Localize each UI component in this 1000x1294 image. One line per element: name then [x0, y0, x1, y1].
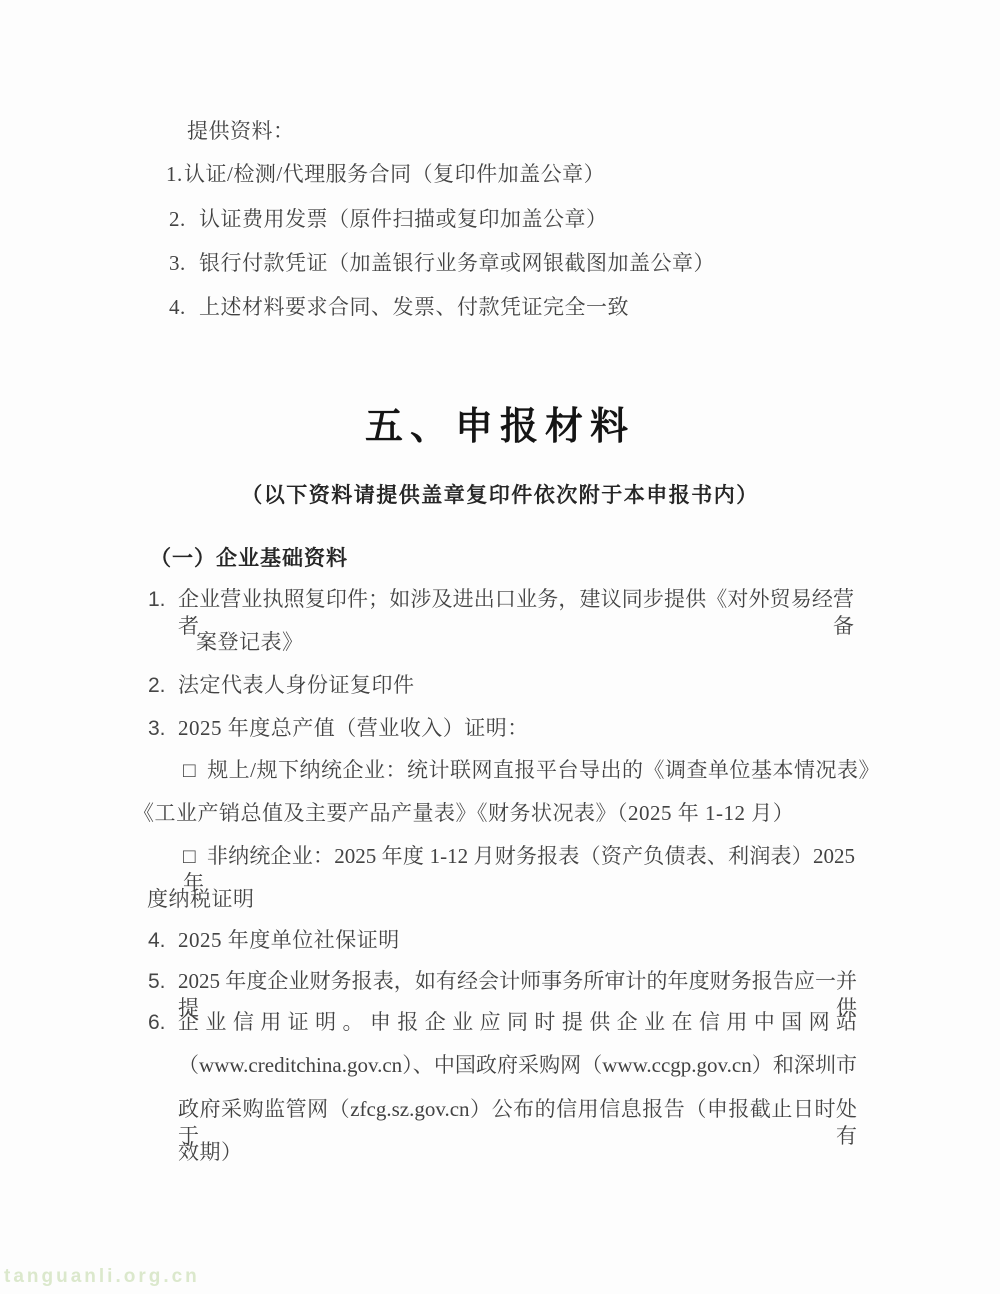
checkbox-icon[interactable]: □: [183, 758, 196, 782]
intro-label: 提供资料：: [187, 118, 295, 145]
list-item-text: 政府采购监管网（zfcg.sz.gov.cn）公布的信用信息报告（申报截止日时处…: [178, 1096, 857, 1151]
checkbox-option-2: □非纳统企业：2025 年度 1-12 月财务报表（资产负债表、利润表）2025…: [183, 843, 855, 898]
list-item-text: 法定代表人身份证复印件: [178, 672, 415, 699]
checkbox-option-1: □规上/规下纳统企业：统计联网直报平台导出的《调查单位基本情况表》: [183, 757, 880, 784]
list-item-text: （www.creditchina.gov.cn）、中国政府采购网（www.ccg…: [178, 1052, 857, 1079]
list-item-text: 银行付款凭证（加盖银行业务章或网银截图加盖公章）: [199, 251, 715, 275]
list-item-number: 5.: [148, 968, 166, 995]
checkbox-option-text: 非纳统企业：2025 年度 1-12 月财务报表（资产负债表、利润表）2025 …: [183, 844, 855, 895]
list-item-number: 2.: [169, 206, 199, 233]
list-item-number: 1.: [166, 161, 184, 188]
list-item-number: 2.: [148, 672, 166, 699]
list-item-text: 2025 年度单位社保证明: [178, 927, 400, 954]
list-item-text: 效期）: [178, 1139, 243, 1166]
checkbox-option-2-wrap: 度纳税证明: [147, 886, 255, 913]
page-title: 五、申报材料: [0, 395, 1000, 450]
list-item-number: 3.: [148, 715, 166, 742]
document-page: 提供资料： 1.认证/检测/代理服务合同（复印件加盖公章） 2.认证费用发票（原…: [0, 0, 1000, 1294]
list-item-number: 3.: [169, 250, 199, 277]
page-subtitle: （以下资料请提供盖章复印件依次附于本申报书内）: [0, 479, 1000, 509]
list-item-text: 上述材料要求合同、发票、付款凭证完全一致: [199, 295, 629, 319]
list-item-number: 4.: [148, 927, 166, 954]
list-item-text: 认证/检测/代理服务合同（复印件加盖公章）: [184, 162, 605, 186]
intro-item-4: 4.上述材料要求合同、发票、付款凭证完全一致: [169, 294, 629, 321]
list-item-number: 6.: [148, 1009, 166, 1036]
list-item-text: 案登记表》: [196, 629, 304, 656]
list-item-number: 1.: [148, 586, 166, 613]
list-item-text: 2025 年度总产值（营业收入）证明：: [178, 715, 529, 742]
list-item-text: 企业信用证明。申报企业应同时提供企业在信用中国网站: [178, 1009, 857, 1036]
checkbox-icon[interactable]: □: [183, 844, 196, 868]
list-item-text: 认证费用发票（原件扫描或复印加盖公章）: [199, 207, 608, 231]
checkbox-option-1-wrap: 《工业产销总值及主要产品产量表》《财务状况表》（2025 年 1-12 月）: [133, 800, 794, 827]
subsection-title: （一）企业基础资料: [150, 545, 348, 572]
watermark: tanguanli.org.cn: [4, 1266, 200, 1288]
intro-item-1: 1.认证/检测/代理服务合同（复印件加盖公章）: [166, 161, 605, 188]
intro-item-2: 2.认证费用发票（原件扫描或复印加盖公章）: [169, 206, 608, 233]
checkbox-option-text: 规上/规下纳统企业：统计联网直报平台导出的《调查单位基本情况表》: [207, 758, 880, 782]
intro-item-3: 3.银行付款凭证（加盖银行业务章或网银截图加盖公章）: [169, 250, 715, 277]
list-item-number: 4.: [169, 294, 199, 321]
